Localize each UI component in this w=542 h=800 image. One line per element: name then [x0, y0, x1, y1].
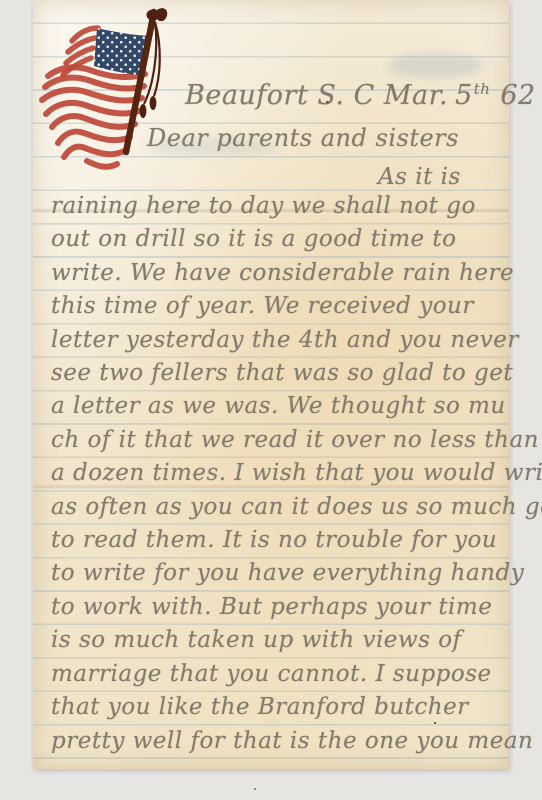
letter-line: out on drill so it is a good time to	[51, 223, 542, 256]
dateline-day-suffix: th	[474, 80, 491, 98]
letter-line: a dozen times. I wish that you would wri…	[51, 457, 542, 490]
dateline-year: 62	[500, 80, 535, 111]
letter-line: to work with. But perhaps your time	[51, 591, 542, 624]
letter-line: a letter as we was. We thought so mu	[51, 390, 542, 423]
letter-line: is so much taken up with views of	[51, 624, 542, 657]
letter-line: ch of it that we read it over no less th…	[51, 424, 542, 457]
scanned-letter-page: Beaufort S. C Mar.5th62 Dear parents and…	[0, 0, 542, 800]
letter-line: raining here to day we shall not go	[51, 190, 542, 223]
scanner-speck	[254, 788, 256, 790]
letter-dateline: Beaufort S. C Mar.5th62	[185, 80, 536, 111]
letter-line: to read them. It is no trouble for you	[51, 524, 542, 557]
letter-line: letter yesterday the 4th and you never	[51, 324, 542, 357]
letter-line: to write for you have everything handy	[51, 557, 542, 590]
letter-line: that you like the Branford butcher	[51, 691, 542, 724]
dateline-place: Beaufort S. C Mar.	[185, 80, 448, 111]
letter-line: pretty well for that is the one you mean	[51, 725, 542, 758]
letter-body: raining here to day we shall not go out …	[51, 190, 542, 758]
letter-salutation: Dear parents and sisters	[147, 124, 459, 152]
bleed-through-smudge	[388, 54, 483, 78]
letter-paper: Beaufort S. C Mar.5th62 Dear parents and…	[33, 0, 509, 769]
dateline-day: 5	[455, 80, 473, 111]
letter-line: as often as you can it does us so much g…	[51, 491, 542, 524]
letter-line: marriage that you cannot. I suppose	[51, 658, 542, 691]
letter-line: write. We have considerable rain here	[51, 257, 542, 290]
letter-opening-phrase: As it is	[378, 164, 461, 190]
letter-line: this time of year. We received your	[51, 290, 542, 323]
letter-line: see two fellers that was so glad to get	[51, 357, 542, 390]
